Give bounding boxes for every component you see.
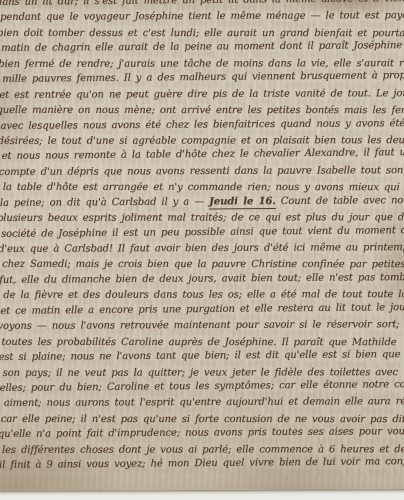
letter-line: pendant que le voyageur Joséphine tient … bbox=[0, 9, 404, 26]
letter-line: voyons — nous l'avons retrouvée maintena… bbox=[0, 317, 404, 334]
letter-line: la peine; on dit qu'à Carlsbad il y a — … bbox=[0, 193, 404, 211]
date-heading: Jeudi le 16. bbox=[209, 196, 276, 209]
letter-line: et nous nous remonte à la table d'hôte c… bbox=[0, 145, 404, 164]
scanned-letter-page: dans un lit dur; il s'est fait mettre un… bbox=[0, 0, 404, 500]
letter-line: fut, elle du dimanche bien de deux jours… bbox=[0, 270, 404, 288]
letter-line: il finit à 9 ainsi vous voyez; hé mon Di… bbox=[0, 454, 404, 473]
letter-line: est si plaine; nous ne l'avons tant que … bbox=[0, 347, 404, 365]
letter-line: société de Joséphine il est un peu possi… bbox=[0, 223, 404, 242]
letter-line: avec lesquelles nous avons été chez les … bbox=[0, 116, 404, 134]
letter-line: elles; pour du bien; Caroline et tous le… bbox=[0, 377, 404, 396]
letter-line: matin de chagrin elle aurait de la peine… bbox=[0, 38, 404, 56]
letter-line: compte d'un dépris que nous avons ressen… bbox=[0, 163, 404, 180]
letter-line: aiment; nous aurons tout l'esprit qu'ent… bbox=[0, 394, 404, 411]
letter-line: et ce matin elle a encore pris une purga… bbox=[0, 300, 404, 319]
letter-line: qu'elle n'a point fait d'imprudence; nou… bbox=[0, 424, 404, 442]
letter-line: et est rentrée qu'on ne peut guère dire … bbox=[0, 86, 404, 103]
letter-line: d'eux que à Carlsbad! Il faut avoir bien… bbox=[0, 240, 404, 257]
letter-lines: dans un lit dur; il s'est fait mettre un… bbox=[0, 0, 404, 473]
letter-line: mille pauvres femmes. Il y a des malheur… bbox=[0, 68, 404, 87]
letter-paper: dans un lit dur; il s'est fait mettre un… bbox=[0, 0, 404, 491]
